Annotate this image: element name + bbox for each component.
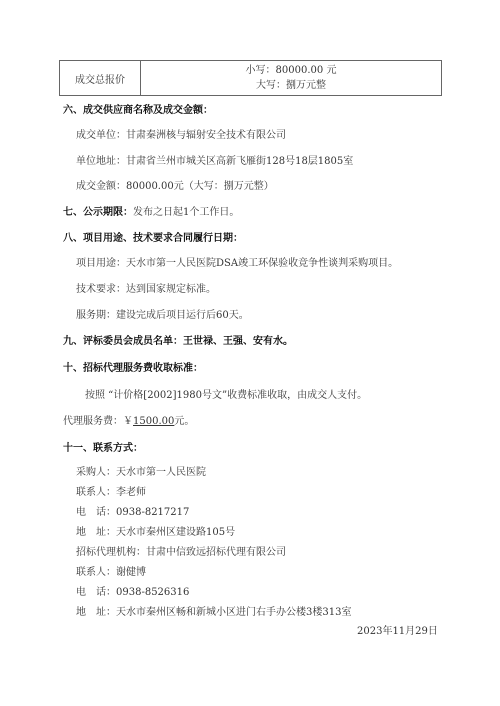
project-purpose: 项目用途：天水市第一人民医院DSA竣工环保验收竞争性谈判采购项目。 xyxy=(76,257,398,270)
agency-phone: 电 话：0938-8526316 xyxy=(76,586,189,599)
section10-heading: 十、招标代理服务费收取标准： xyxy=(63,362,203,375)
winner-name: 成交单位：甘肃秦洲核与辐射安全技术有限公司 xyxy=(76,129,286,142)
total-price-label: 成交总报价 xyxy=(60,61,141,95)
purchaser: 采购人：天水市第一人民医院 xyxy=(76,466,206,479)
service-period: 服务期：建设完成后项目运行后60天。 xyxy=(76,309,249,322)
section8-heading: 八、项目用途、技术要求合同履行日期： xyxy=(63,232,243,245)
agency-address: 地 址：天水市秦州区畅和新城小区进门右手办公楼3楼313室 xyxy=(76,606,351,619)
section7: 七、公示期限：发布之日起1个工作日。 xyxy=(63,206,239,219)
agency-fee: 代理服务费：￥1500.00元。 xyxy=(63,415,194,428)
amount-large: 大写：捌万元整 xyxy=(256,78,326,93)
winner-amount: 成交金额：80000.00元（大写：捌万元整） xyxy=(76,180,274,193)
fee-label: 代理服务费：￥ xyxy=(63,416,133,427)
agency: 招标代理机构：甘肃中信致远招标代理有限公司 xyxy=(76,546,286,559)
tech-requirement: 技术要求：达到国家规定标准。 xyxy=(76,283,216,296)
publish-date: 2023年11月29日 xyxy=(357,625,438,638)
document-page: 成交总报价 小写：80000.00 元 大写：捌万元整 六、成交供应商名称及成交… xyxy=(0,0,500,706)
amount-small: 小写：80000.00 元 xyxy=(246,63,337,78)
fee-basis: 按照 “计价格[2002]1980号文”收费标准收取，由成交人支付。 xyxy=(85,389,367,402)
total-price-table: 成交总报价 小写：80000.00 元 大写：捌万元整 xyxy=(59,60,442,96)
total-price-values: 小写：80000.00 元 大写：捌万元整 xyxy=(141,61,441,95)
section9-heading: 九、评标委员会成员名单：王世禄、王强、安有水。 xyxy=(63,335,293,348)
winner-address: 单位地址：甘肃省兰州市城关区高新飞雁街128号18层1805室 xyxy=(76,155,353,168)
purchaser-phone: 电 话：0938-8217217 xyxy=(76,506,189,519)
section11-heading: 十一、联系方式： xyxy=(63,442,143,455)
section7-text: 发布之日起1个工作日。 xyxy=(133,207,239,218)
fee-unit: 元。 xyxy=(174,416,194,427)
section6-heading: 六、成交供应商名称及成交金额： xyxy=(63,104,213,117)
purchaser-contact: 联系人：李老师 xyxy=(76,486,146,499)
section7-heading: 七、公示期限： xyxy=(63,207,133,218)
fee-value: 1500.00 xyxy=(133,416,174,427)
purchaser-address: 地 址：天水市秦州区建设路105号 xyxy=(76,526,235,539)
agency-contact: 联系人：谢健博 xyxy=(76,566,146,579)
